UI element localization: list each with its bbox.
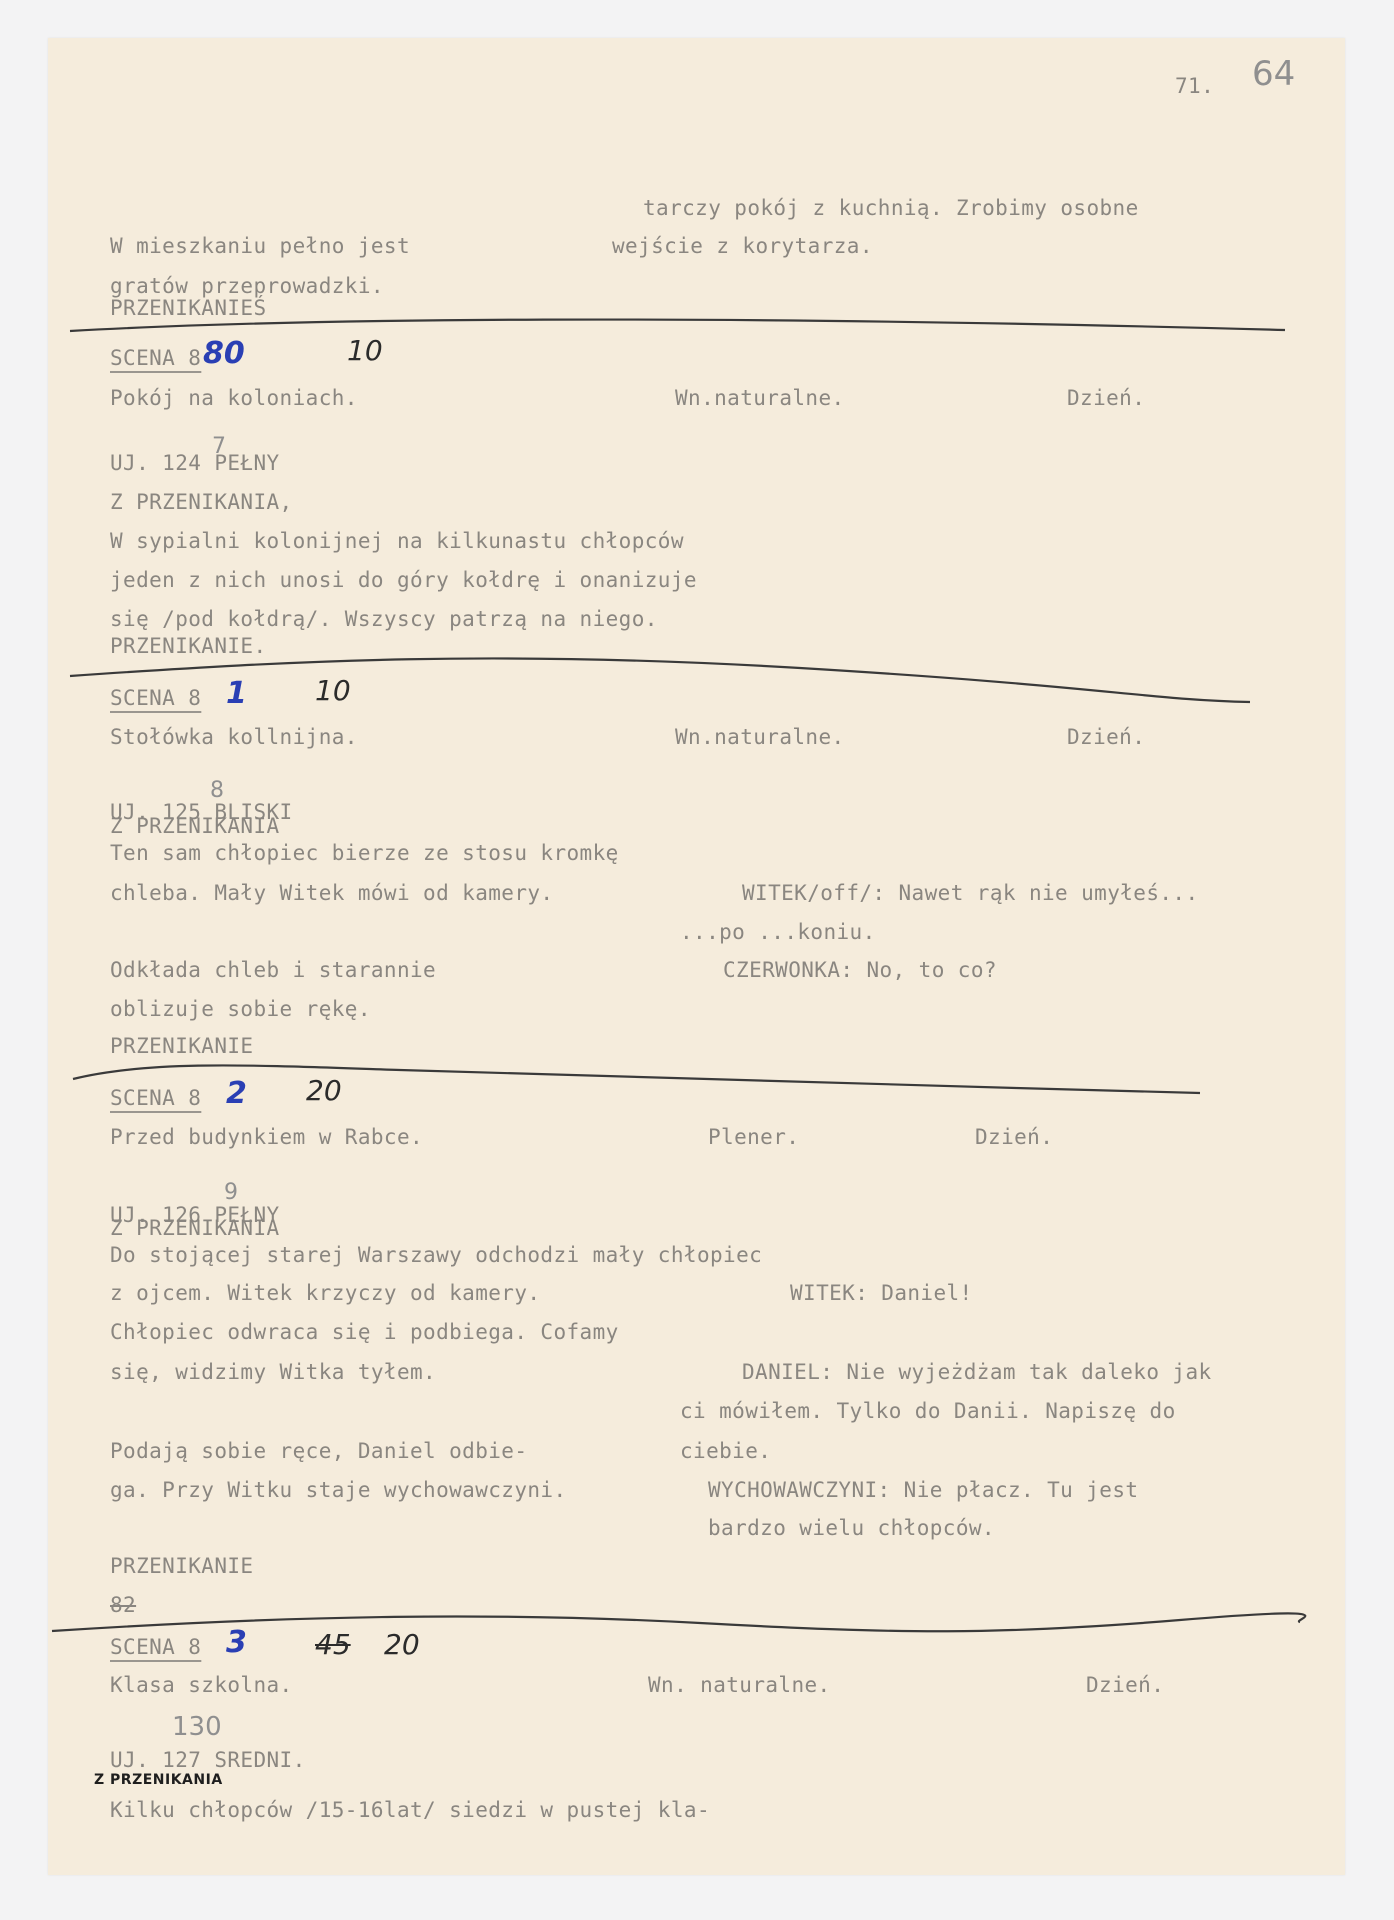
- scene-81-action-1: Ten sam chłopiec bierze ze stosu kromkę: [110, 841, 619, 865]
- scene-81-action-2: chleba. Mały Witek mówi od kamery.: [110, 881, 553, 905]
- scene-80-heading: SCENA 8: [110, 346, 201, 370]
- scene-81-location: Stołówka kollnijna.: [110, 725, 358, 749]
- scene-80-number-correction: 80: [203, 336, 245, 371]
- scene-82-dialogue-4: ciebie.: [680, 1439, 771, 1463]
- scene-82-duration: 20: [306, 1074, 342, 1107]
- scene-82-action-6: ga. Przy Witku staje wychowawczyni.: [110, 1478, 567, 1502]
- scene-82-number-correction: 2: [226, 1076, 247, 1111]
- scene-83-duration-struck: 45: [315, 1628, 351, 1661]
- scene-82-dialogue-5: WYCHOWAWCZYNI: Nie płacz. Tu jest: [708, 1478, 1138, 1502]
- scene-82-action-5: Podają sobie ręce, Daniel odbie-: [110, 1439, 527, 1463]
- scene-81-shot-correction: 8: [210, 778, 224, 803]
- scene-80-shot-correction: 7: [212, 434, 226, 459]
- scene-80-setting: Wn.naturalne.: [675, 386, 845, 410]
- scene-82-action-2: z ojcem. Witek krzyczy od kamery.: [110, 1281, 540, 1305]
- scene-83-setting: Wn. naturalne.: [648, 1673, 831, 1697]
- scene-81-action-3: Odkłada chleb i starannie: [110, 958, 436, 982]
- scene-81-from-transition: Z PRZENIKANIA: [110, 814, 280, 838]
- scene-83-location: Klasa szkolna.: [110, 1673, 293, 1697]
- scene-82-to-transition: PRZENIKANIE: [110, 1554, 253, 1578]
- scene-82-dialogue-3: ci mówiłem. Tylko do Danii. Napiszę do: [680, 1399, 1176, 1423]
- scene-82-action-1: Do stojącej starej Warszawy odchodzi mał…: [110, 1243, 762, 1267]
- scene-82-location: Przed budynkiem w Rabce.: [110, 1125, 423, 1149]
- scene-81-duration: 10: [315, 674, 351, 707]
- scene-81-dialogue-1: WITEK/off/: Nawet rąk nie umyłeś...: [742, 881, 1199, 905]
- scene-82-action-4: się, widzimy Witka tyłem.: [110, 1360, 436, 1384]
- scene-80-shot: UJ. 124 PEŁNY: [110, 451, 280, 475]
- scene-80-duration: 10: [347, 334, 383, 367]
- scene-80-to-transition: PRZENIKANIE.: [110, 634, 267, 658]
- scene-81-heading: SCENA 8: [110, 686, 201, 710]
- scene-81-dialogue-3: CZERWONKA: No, to co?: [723, 958, 997, 982]
- scene-80-time: Dzień.: [1067, 386, 1145, 410]
- scene-82-shot-correction: 9: [224, 1180, 238, 1205]
- scene-80-action-1: W sypialni kolonijnej na kilkunastu chło…: [110, 529, 684, 553]
- scene-80-location: Pokój na koloniach.: [110, 386, 358, 410]
- scene-83-handwritten-transition: Z PRZENIKANIA: [94, 1772, 223, 1788]
- scene-83-shot-correction: 130: [172, 1712, 222, 1742]
- scene-82-from-transition: Z PRZENIKANIA: [110, 1216, 280, 1240]
- scene-83-heading: SCENA 8: [110, 1635, 201, 1659]
- scene-81-number-correction: 1: [226, 676, 247, 711]
- scene-80-from-transition: Z PRZENIKANIA,: [110, 490, 293, 514]
- scene-82-setting: Plener.: [708, 1125, 799, 1149]
- scene-81-time: Dzień.: [1067, 725, 1145, 749]
- scene-82-dialogue-6: bardzo wielu chłopców.: [708, 1516, 995, 1540]
- scene-82-dialogue-1: WITEK: Daniel!: [790, 1281, 973, 1305]
- scene-83-duration: 20: [384, 1628, 420, 1661]
- scene-81-setting: Wn.naturalne.: [675, 725, 845, 749]
- scene-83-shot: UJ. 127 SREDNI.: [110, 1748, 306, 1772]
- scene-81-dialogue-2: ...po ...koniu.: [680, 920, 876, 944]
- scene-82-struck-number: 82: [110, 1593, 136, 1617]
- scene-80-action-3: się /pod kołdrą/. Wszyscy patrzą na nieg…: [110, 607, 658, 631]
- scene-82-time: Dzień.: [975, 1125, 1053, 1149]
- scene-80-action-2: jeden z nich unosi do góry kołdrę i onan…: [110, 568, 697, 592]
- scene-83-time: Dzień.: [1086, 1673, 1164, 1697]
- scene-81-to-transition: PRZENIKANIE: [110, 1034, 253, 1058]
- scene-83-action-1: Kilku chłopców /15-16lat/ siedzi w puste…: [110, 1798, 710, 1822]
- scene-82-heading: SCENA 8: [110, 1086, 201, 1110]
- scene-81-action-4: oblizuje sobie rękę.: [110, 997, 371, 1021]
- scene-82-dialogue-2: DANIEL: Nie wyjeżdżam tak daleko jak: [742, 1360, 1212, 1384]
- scene-82-action-3: Chłopiec odwraca się i podbiega. Cofamy: [110, 1320, 619, 1344]
- scene-83-number-correction: 3: [226, 1625, 247, 1660]
